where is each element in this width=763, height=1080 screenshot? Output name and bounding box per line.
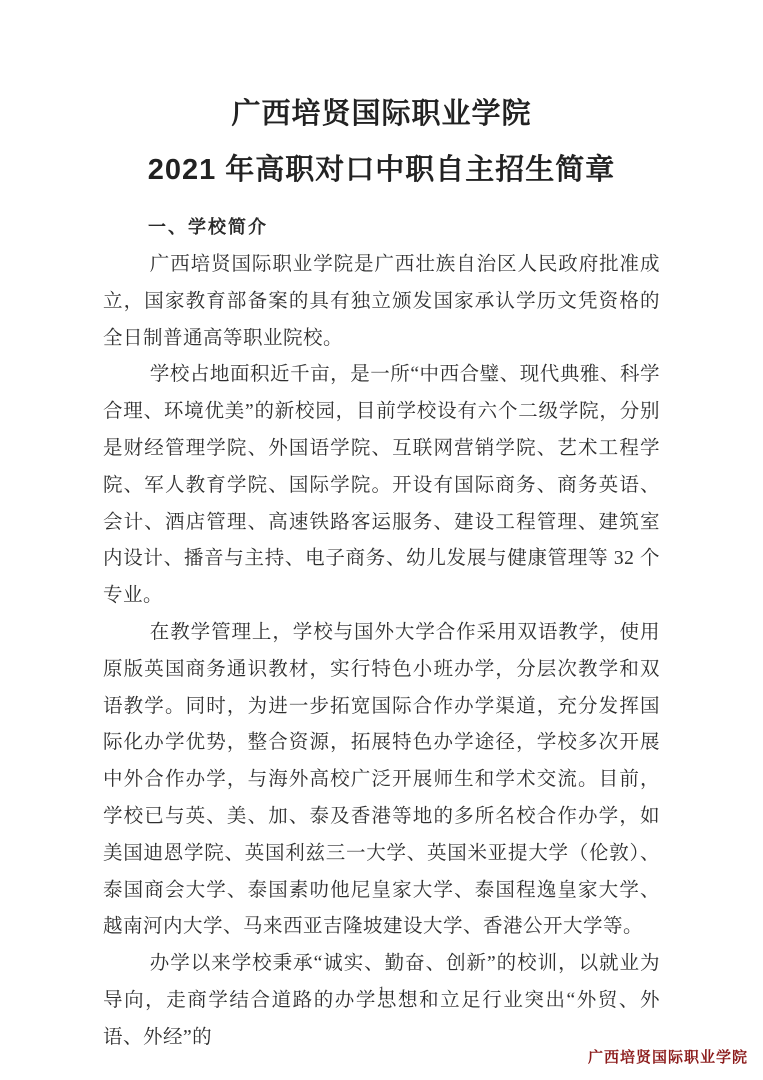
paragraph-campus-colleges: 学校占地面积近千亩，是一所“中西合璧、现代典雅、科学合理、环境优美”的新校园，目… [103,357,660,615]
paragraph-teaching-international: 在教学管理上，学校与国外大学合作采用双语教学，使用原版英国商务通识教材，实行特色… [103,615,660,946]
doc-title-line1: 广西培贤国际职业学院 [0,86,763,142]
document-page: 广西培贤国际职业学院 2021 年高职对口中职自主招生简章 一、学校简介 广西培… [0,0,763,1080]
doc-title-line2: 2021 年高职对口中职自主招生简章 [0,142,763,198]
page-number: 1 [0,983,763,999]
paragraph-establishment: 广西培贤国际职业学院是广西壮族自治区人民政府批准成立，国家教育部备案的具有独立颁… [103,247,660,357]
section-heading-school-intro: 一、学校简介 [148,214,763,240]
footer-watermark: 广西培贤国际职业学院 [588,1046,748,1067]
paragraph-motto: 办学以来学校秉承“诚实、勤奋、创新”的校训，以就业为导向，走商学结合道路的办学思… [103,946,660,1056]
title-block: 广西培贤国际职业学院 2021 年高职对口中职自主招生简章 [0,0,763,198]
body-text: 广西培贤国际职业学院是广西壮族自治区人民政府批准成立，国家教育部备案的具有独立颁… [103,247,660,1057]
